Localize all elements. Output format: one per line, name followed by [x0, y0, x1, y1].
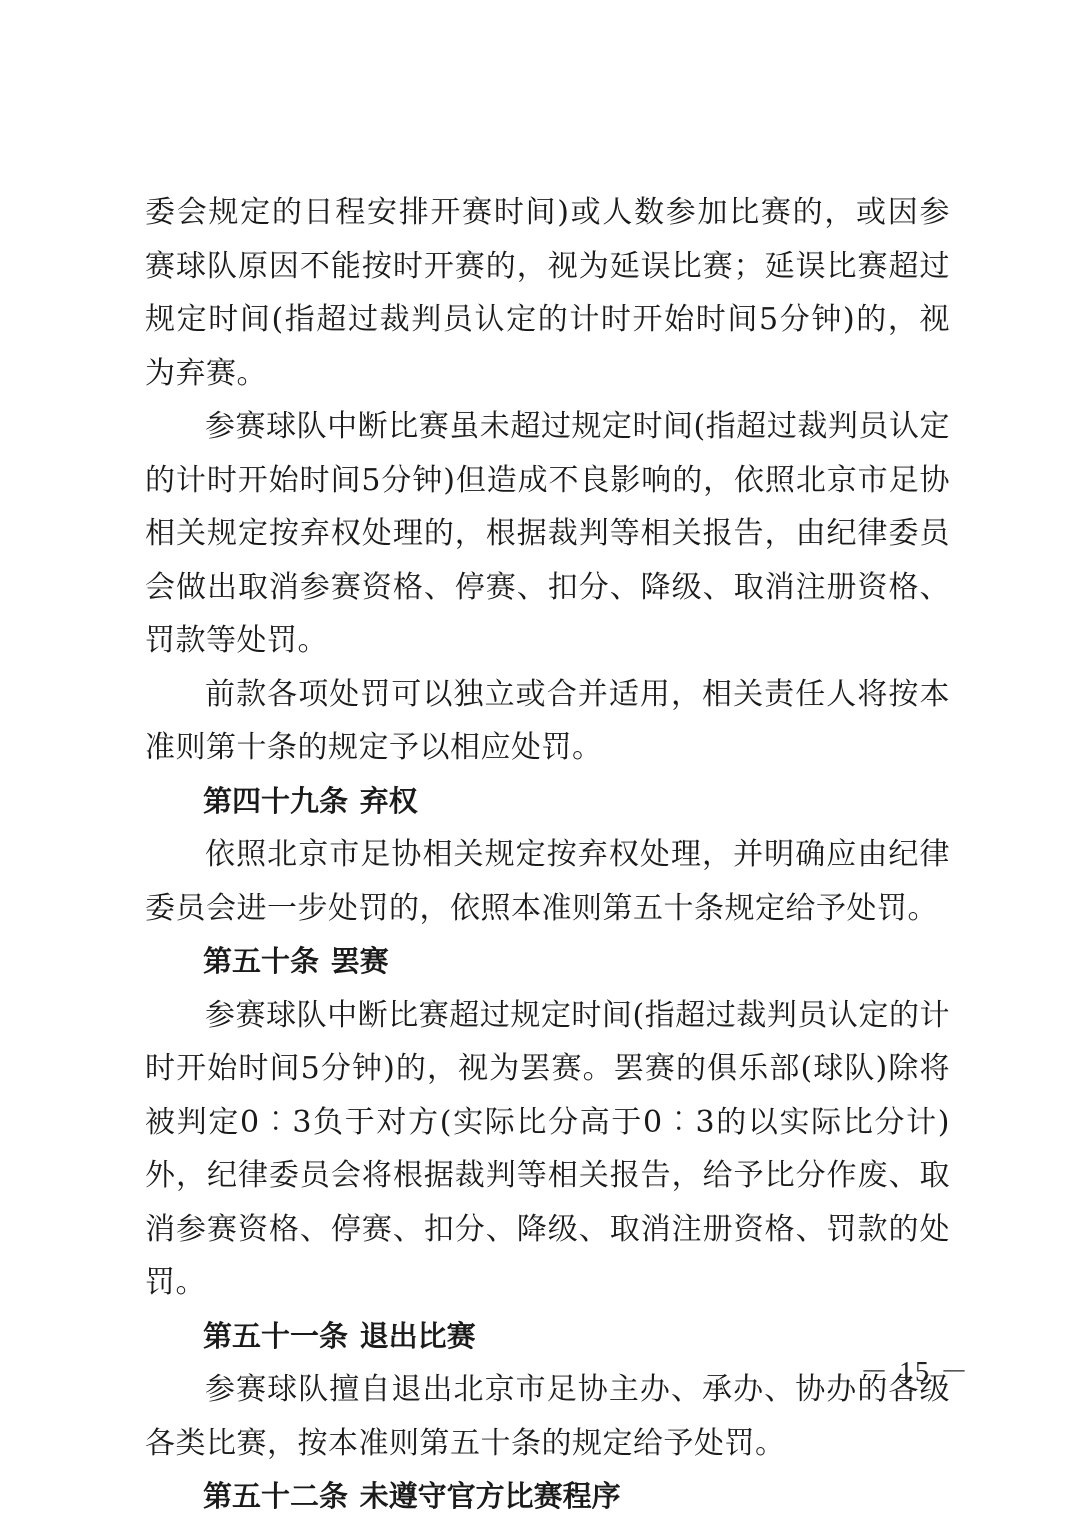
article-52-number: 第五十二条 — [203, 1479, 348, 1513]
article-52-heading: 第五十二条未遵守官方比赛程序 — [145, 1470, 950, 1524]
document-page-body: 委会规定的日程安排开赛时间)或人数参加比赛的，或因参赛球队原因不能按时开赛的，视… — [145, 186, 950, 1524]
paragraph-delay-forfeit: 委会规定的日程安排开赛时间)或人数参加比赛的，或因参赛球队原因不能按时开赛的，视… — [145, 186, 950, 400]
paragraph-combined-penalties: 前款各项处罚可以独立或合并适用，相关责任人将按本准则第十条的规定予以相应处罚。 — [145, 668, 950, 775]
paragraph-article-51: 参赛球队擅自退出北京市足协主办、承办、协办的各级各类比赛，按本准则第五十条的规定… — [145, 1363, 950, 1470]
article-50-title: 罢赛 — [331, 944, 389, 978]
article-50-number: 第五十条 — [203, 944, 319, 978]
article-51-number: 第五十一条 — [203, 1319, 348, 1353]
article-49-title: 弃权 — [360, 784, 418, 818]
page-number: － 15 － — [860, 1350, 970, 1390]
article-51-heading: 第五十一条退出比赛 — [145, 1310, 950, 1364]
article-51-title: 退出比赛 — [360, 1319, 476, 1353]
article-49-heading: 第四十九条弃权 — [145, 775, 950, 829]
paragraph-article-49: 依照北京市足协相关规定按弃权处理，并明确应由纪律委员会进一步处罚的，依照本准则第… — [145, 828, 950, 935]
paragraph-article-50: 参赛球队中断比赛超过规定时间(指超过裁判员认定的计时开始时间5分钟)的，视为罢赛… — [145, 989, 950, 1310]
paragraph-interruption-penalty: 参赛球队中断比赛虽未超过规定时间(指超过裁判员认定的计时开始时间5分钟)但造成不… — [145, 400, 950, 668]
article-52-title: 未遵守官方比赛程序 — [360, 1479, 621, 1513]
article-49-number: 第四十九条 — [203, 784, 348, 818]
article-50-heading: 第五十条罢赛 — [145, 935, 950, 989]
